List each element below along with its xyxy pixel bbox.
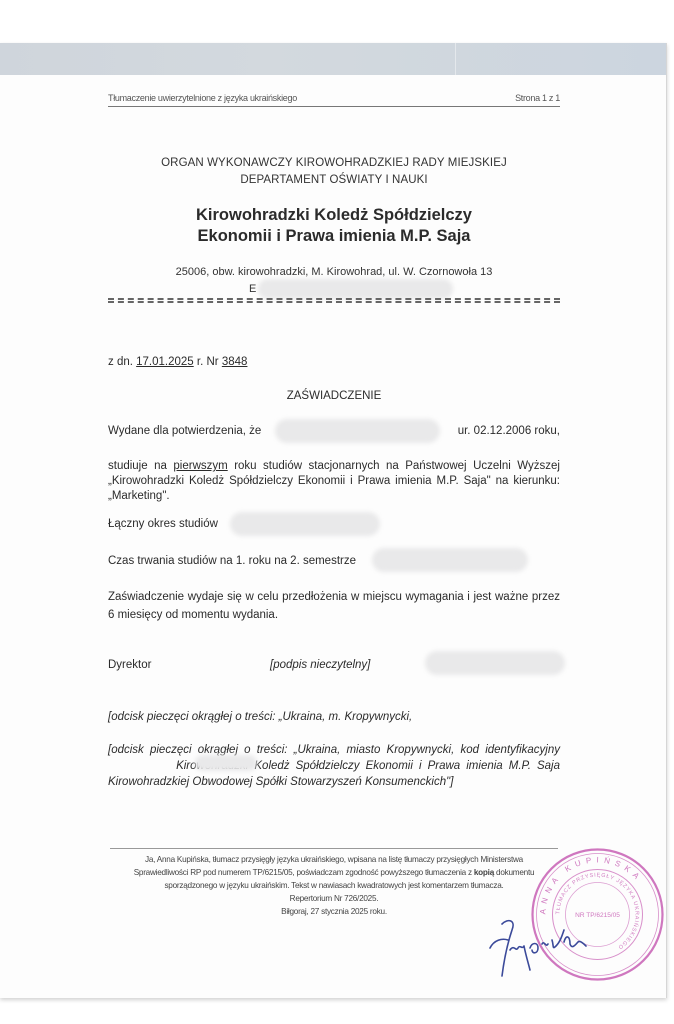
redacted-email bbox=[258, 279, 453, 299]
separator-line bbox=[108, 298, 560, 303]
email-line: E bbox=[249, 283, 256, 295]
institution-name: Kirowohradzki Koledż Spółdzielczy Ekonom… bbox=[108, 205, 560, 247]
footer-separator bbox=[110, 848, 558, 849]
director-label: Dyrektor bbox=[108, 659, 151, 671]
redacted-id-code bbox=[195, 755, 257, 771]
issue-date: 17.01.2025 bbox=[136, 356, 194, 368]
issuing-authority: ORGAN WYKONAWCZY KIROWOHRADZKIEJ RADY MI… bbox=[108, 155, 560, 189]
redacted-duration bbox=[372, 548, 528, 572]
birth-date: ur. 02.12.2006 roku, bbox=[458, 424, 560, 439]
institution-address: 25006, obw. kirowohradzki, M. Kirowohrad… bbox=[108, 266, 560, 278]
redacted-name bbox=[275, 419, 440, 443]
study-year: pierwszym bbox=[173, 460, 227, 472]
scan-top-band bbox=[0, 43, 666, 75]
page-number: Strona 1 z 1 bbox=[515, 93, 560, 103]
reference-line: z dn. 17.01.2025 r. Nr 3848 bbox=[108, 355, 560, 370]
redacted-director-name bbox=[425, 651, 565, 675]
document-number: 3848 bbox=[222, 356, 248, 368]
stamp-note-1: [odcisk pieczęci okrągłej o treści: „Ukr… bbox=[108, 710, 560, 725]
redacted-total-period bbox=[230, 512, 380, 536]
header-left: Tłumaczenie uwierzytelnione z języka ukr… bbox=[108, 93, 297, 103]
stamp-note-2: [odcisk pieczęci okrągłej o treści: „Ukr… bbox=[108, 742, 560, 790]
signature-note: [podpis nieczytelny] bbox=[270, 658, 370, 673]
studies-paragraph: studiuje na pierwszym roku studiów stacj… bbox=[108, 459, 560, 504]
document-title: ZAŚWIADCZENIE bbox=[108, 389, 560, 404]
translation-header: Tłumaczenie uwierzytelnione z języka ukr… bbox=[108, 90, 560, 107]
validity-paragraph: Zaświadczenie wydaje się w celu przedłoż… bbox=[108, 588, 560, 624]
translator-signature-icon bbox=[480, 900, 600, 980]
